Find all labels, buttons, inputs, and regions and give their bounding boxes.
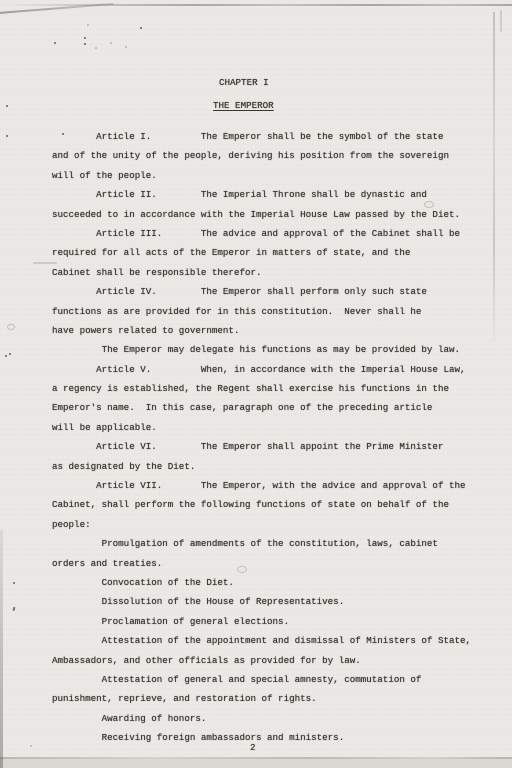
text-line: will be applicable. <box>52 418 471 437</box>
scan-top-edge-crease <box>0 3 114 14</box>
text-line: Cabinet shall be responsible therefor. <box>52 263 471 282</box>
scan-speck <box>30 745 32 747</box>
text-line: as designated by the Diet. <box>52 457 471 476</box>
page-right-edge <box>493 12 495 342</box>
text-line: Emperor's name. In this case, paragraph … <box>52 398 471 417</box>
text-line: Article V. When, in accordance with the … <box>52 360 471 379</box>
page-bottom-edge <box>0 757 512 759</box>
document-page: CHAPTER I THE EMPEROR Article I. The Emp… <box>0 0 512 768</box>
text-line: Article IV. The Emperor shall perform on… <box>52 282 471 301</box>
text-line: functions as are provided for in this co… <box>52 302 471 321</box>
scan-mark <box>7 324 15 330</box>
scan-speck <box>84 43 86 45</box>
text-line: The Emperor may delegate his functions a… <box>52 340 471 359</box>
text-line: punishment, reprieve, and restoration of… <box>52 689 471 708</box>
text-line: Promulgation of amendments of the consti… <box>52 534 471 553</box>
scan-speck <box>110 42 112 44</box>
scan-speck <box>87 24 89 26</box>
scan-left-edge-shade <box>0 530 3 768</box>
text-line: a regency is established, the Regent sha… <box>52 379 471 398</box>
text-line: Article VII. The Emperor, with the advic… <box>52 476 471 495</box>
text-line: succeeded to in accordance with the Impe… <box>52 205 471 224</box>
scan-speck <box>125 46 127 48</box>
scan-speck <box>9 353 11 355</box>
text-line: Attestation of general and special amnes… <box>52 670 471 689</box>
scan-speck <box>140 27 142 29</box>
scan-speck <box>84 37 86 39</box>
text-line: Article III. The advice and approval of … <box>52 224 471 243</box>
text-line: Awarding of honors. <box>52 709 471 728</box>
scan-speck <box>6 105 8 107</box>
scan-smudge <box>500 10 502 32</box>
text-line: Article II. The Imperial Throne shall be… <box>52 185 471 204</box>
text-line: Dissolution of the House of Representati… <box>52 592 471 611</box>
text-line: Proclamation of general elections. <box>52 612 471 631</box>
scan-speck <box>5 355 7 357</box>
text-line: Article I. The Emperor shall be the symb… <box>52 127 471 146</box>
page-number: 2 <box>250 742 256 754</box>
scan-speck <box>54 42 56 44</box>
scan-speck <box>95 47 97 49</box>
scan-mark <box>13 607 16 611</box>
scan-speck <box>13 582 15 584</box>
text-line: people: <box>52 515 471 534</box>
chapter-title: THE EMPEROR <box>213 100 274 112</box>
text-line: Receiving foreign ambassadors and minist… <box>52 728 471 747</box>
text-line: will of the people. <box>52 166 471 185</box>
scan-speck <box>6 135 8 137</box>
text-line: Article VI. The Emperor shall appoint th… <box>52 437 471 456</box>
text-line: Ambassadors, and other officials as prov… <box>52 651 471 670</box>
text-line: Convocation of the Diet. <box>52 573 471 592</box>
text-line: and of the unity of the people, deriving… <box>52 146 471 165</box>
text-line: orders and treaties. <box>52 554 471 573</box>
text-line: have powers related to government. <box>52 321 471 340</box>
chapter-heading: CHAPTER I <box>219 77 269 89</box>
text-line: required for all acts of the Emperor in … <box>52 243 471 262</box>
scan-bottom-shade <box>0 759 512 768</box>
scan-top-edge <box>0 4 512 6</box>
text-line: Attestation of the appointment and dismi… <box>52 631 471 650</box>
text-line: Cabinet, shall perform the following fun… <box>52 495 471 514</box>
document-body: Article I. The Emperor shall be the symb… <box>52 127 471 748</box>
